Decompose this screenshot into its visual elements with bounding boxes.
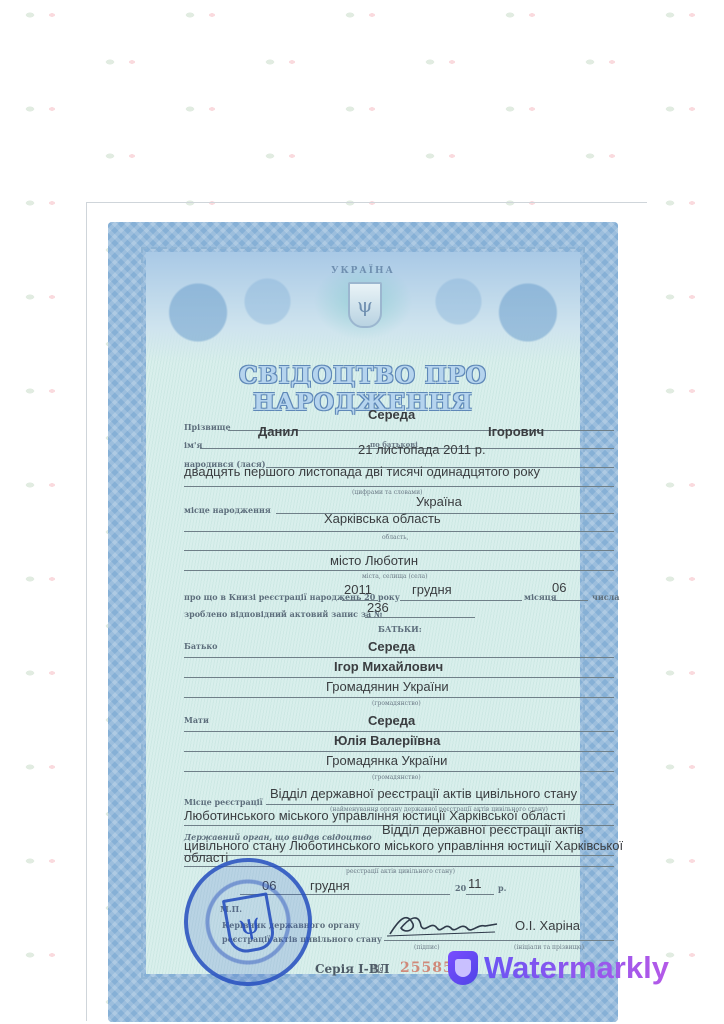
issuer-line1: Відділ державної реєстрації актів xyxy=(382,822,584,837)
surname-label: Прізвище xyxy=(184,422,231,432)
record-month: грудня xyxy=(412,582,452,597)
registration-place-label: Місце реєстрації xyxy=(184,797,263,807)
father-citizenship: Громадянин України xyxy=(326,679,449,694)
trident-coat-of-arms-icon: ψ xyxy=(348,282,382,328)
mother-name: Юлія Валеріївна xyxy=(334,733,440,748)
signature-caption: (підпис) xyxy=(414,944,440,951)
child-patronymic: Ігорович xyxy=(488,424,544,439)
birth-date-words-line xyxy=(184,486,614,487)
record-number-text: зроблено відповідний актовий запис за № xyxy=(184,609,383,619)
father-surname: Середа xyxy=(368,639,415,654)
serial-number-sign: № xyxy=(372,962,383,976)
header-ornament: УКРАЇНА ψ xyxy=(146,252,580,362)
region-caption: область, xyxy=(382,534,408,541)
child-name: Данил xyxy=(258,424,299,439)
birthplace-label: місце народження xyxy=(184,505,271,515)
mother-surname: Середа xyxy=(368,713,415,728)
mother-name-line xyxy=(184,751,614,752)
shield-icon xyxy=(448,951,478,985)
record-month-line xyxy=(400,600,522,601)
watermarkly-text: Watermarkly xyxy=(484,950,669,986)
city-line xyxy=(184,570,614,571)
mother-citizenship-line xyxy=(184,771,614,772)
father-name: Ігор Михайлович xyxy=(334,659,443,674)
watermarkly-overlay: Watermarkly xyxy=(448,950,669,986)
mother-label: Мати xyxy=(184,715,209,725)
record-number: 236 xyxy=(367,600,389,615)
record-day: 06 xyxy=(552,580,566,595)
registration-place-line xyxy=(266,804,614,805)
signature-line xyxy=(384,940,614,941)
record-day-suffix: числа xyxy=(592,592,619,602)
birth-date-words: двадцять першого листопада дві тисячі од… xyxy=(184,464,540,479)
mother-surname-line xyxy=(184,731,614,732)
official-name: О.І. Харіна xyxy=(515,918,580,933)
region-line xyxy=(184,531,614,532)
district-line xyxy=(184,550,614,551)
issuer-line xyxy=(184,855,614,856)
mother-citizenship-caption: (громадянство) xyxy=(372,774,421,781)
child-surname: Середа xyxy=(368,407,415,422)
record-number-line xyxy=(365,617,475,618)
birthplace-region: Харківська область xyxy=(324,511,441,526)
issue-year-prefix: 20 xyxy=(455,883,466,893)
certificate-title: СВІДОЦТВО ПРО НАРОДЖЕННЯ xyxy=(146,362,580,416)
registration-place-line1: Відділ державної реєстрації актів цивіль… xyxy=(270,786,577,801)
parents-heading: БАТЬКИ: xyxy=(378,624,422,634)
issue-year: 11 xyxy=(468,876,482,891)
father-surname-line xyxy=(184,657,614,658)
record-year: 2011 xyxy=(344,582,372,597)
issue-year-suffix: р. xyxy=(498,883,506,893)
signature-mark xyxy=(385,910,500,940)
birth-date-caption: (цифрами та словами) xyxy=(352,489,422,496)
city-caption: міста, селища (села) xyxy=(362,573,427,580)
father-citizenship-caption: (громадянство) xyxy=(372,700,421,707)
registration-place-line2: Люботинського міського управління юстиці… xyxy=(184,808,566,823)
issue-year-line xyxy=(466,894,494,895)
birthplace-country: Україна xyxy=(416,494,462,509)
mother-citizenship: Громадянка України xyxy=(326,753,447,768)
issuer-caption: реєстрації актів цивільного стану) xyxy=(346,868,455,875)
issue-month: грудня xyxy=(310,878,350,893)
record-day-line xyxy=(552,600,588,601)
father-citizenship-line xyxy=(184,697,614,698)
birth-date-digits: 21 листопада 2011 р. xyxy=(358,442,486,457)
father-name-line xyxy=(184,677,614,678)
birthplace-city: місто Люботин xyxy=(330,553,418,568)
birth-certificate: УКРАЇНА ψ СВІДОЦТВО ПРО НАРОДЖЕННЯ xyxy=(108,222,618,1022)
country-heading: УКРАЇНА xyxy=(146,266,580,276)
father-label: Батько xyxy=(184,641,218,651)
issuer-line2: цивільного стану Люботинського міського … xyxy=(184,838,623,853)
